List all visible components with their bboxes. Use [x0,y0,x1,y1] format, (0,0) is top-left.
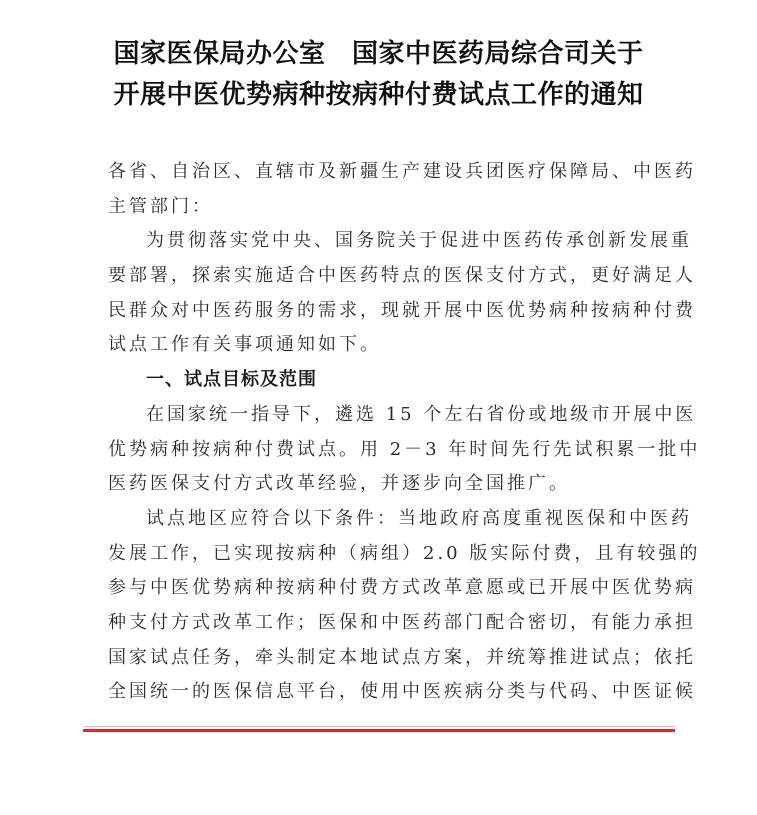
intro-line-4: 试点工作有关事项通知如下。 [108,328,653,363]
document-body: 各省、自治区、直辖市及新疆生产建设兵团医疗保障局、中医药 主管部门： 为贯彻落实… [108,155,653,710]
s1p2-line-2: 发展工作，已实现按病种（病组）2.0 版实际付费，且有较强的 [108,537,653,572]
section-1-paragraph-2: 试点地区应符合以下条件：当地政府高度重视医保和中医药 发展工作，已实现按病种（病… [108,502,653,710]
intro-line-1: 为贯彻落实党中央、国务院关于促进中医药传承创新发展重 [108,224,653,259]
addressee: 各省、自治区、直辖市及新疆生产建设兵团医疗保障局、中医药 主管部门： [108,155,653,224]
intro-line-3: 民群众对中医药服务的需求，现就开展中医优势病种按病种付费 [108,294,653,329]
document-page: 国家医保局办公室 国家中医药局综合司关于 开展中医优势病种按病种付费试点工作的通… [0,0,757,815]
s1p2-line-3: 参与中医优势病种按病种付费方式改革意愿或已开展中医优势病 [108,571,653,606]
section-1-heading: 一、试点目标及范围 [108,363,653,398]
red-rule-thick-line [83,729,675,732]
s1p2-line-5: 国家试点任务，牵头制定本地试点方案，并统筹推进试点；依托 [108,641,653,676]
title-line-2: 开展中医优势病种按病种付费试点工作的通知 [0,75,757,116]
s1p1-line-2: 优势病种按病种付费试点。用 2－3 年时间先行先试积累一批中 [108,433,653,468]
intro-paragraph: 为贯彻落实党中央、国务院关于促进中医药传承创新发展重 要部署，探索实施适合中医药… [108,224,653,363]
red-separator-rule [83,726,675,733]
s1p2-line-1: 试点地区应符合以下条件：当地政府高度重视医保和中医药 [108,502,653,537]
title-line-1: 国家医保局办公室 国家中医药局综合司关于 [0,34,757,75]
intro-line-2: 要部署，探索实施适合中医药特点的医保支付方式，更好满足人 [108,259,653,294]
section-1-paragraph-1: 在国家统一指导下，遴选 15 个左右省份或地级市开展中医 优势病种按病种付费试点… [108,398,653,502]
section-1: 一、试点目标及范围 在国家统一指导下，遴选 15 个左右省份或地级市开展中医 优… [108,363,653,710]
addressee-line-2: 主管部门： [108,190,653,225]
s1p2-line-6: 全国统一的医保信息平台，使用中医疾病分类与代码、中医证候 [108,675,653,710]
s1p2-line-4: 种支付方式改革工作；医保和中医药部门配合密切，有能力承担 [108,606,653,641]
document-title: 国家医保局办公室 国家中医药局综合司关于 开展中医优势病种按病种付费试点工作的通… [0,34,757,116]
addressee-line-1: 各省、自治区、直辖市及新疆生产建设兵团医疗保障局、中医药 [108,155,653,190]
s1p1-line-3: 医药医保支付方式改革经验，并逐步向全国推广。 [108,467,653,502]
s1p1-line-1: 在国家统一指导下，遴选 15 个左右省份或地级市开展中医 [108,398,653,433]
red-rule-thin-line [83,726,675,727]
